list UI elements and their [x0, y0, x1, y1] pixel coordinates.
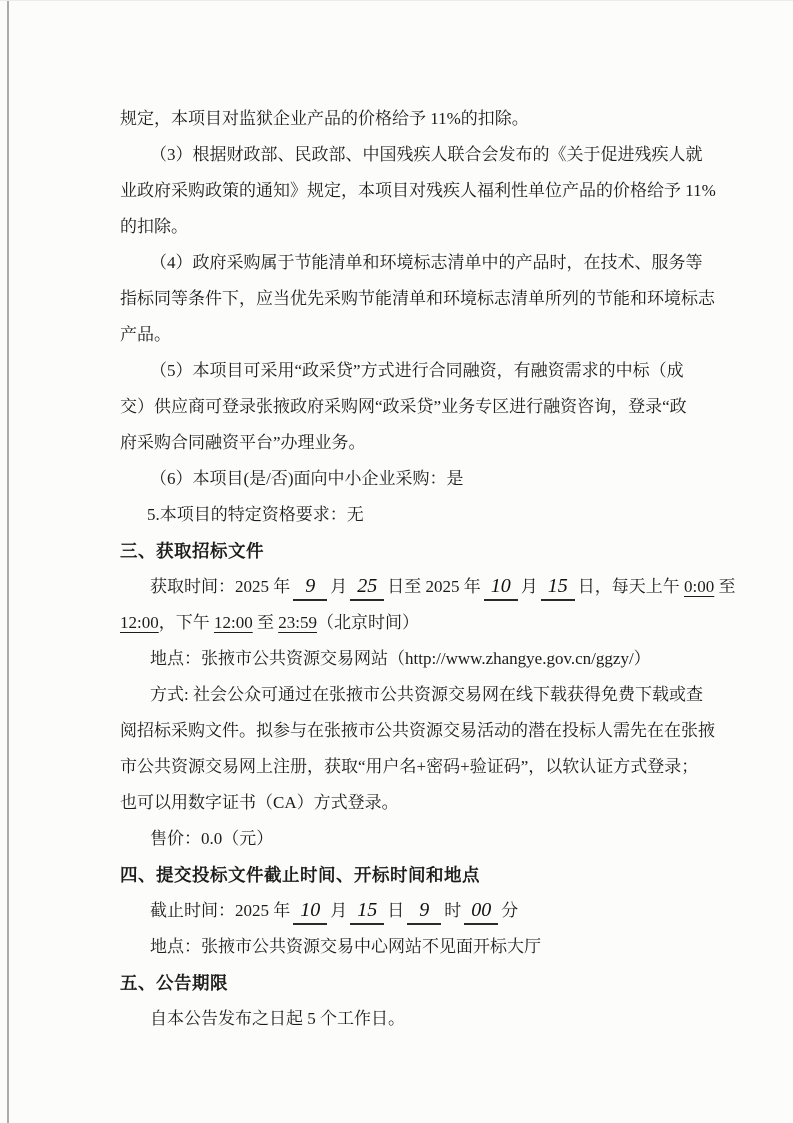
doc-line: 产品。 [120, 317, 677, 353]
handwritten-month: 9 [293, 573, 327, 601]
line-text: 月 [521, 577, 538, 596]
doc-line: 市公共资源交易网上注册，获取“用户名+密码+验证码”，以软认证方式登录； [120, 749, 677, 785]
doc-line: 业政府采购政策的通知》规定，本项目对残疾人福利性单位产品的价格给予 11% [120, 173, 677, 209]
doc-line: 指标同等条件下，应当优先采购节能清单和环境标志清单所列的节能和环境标志 [120, 281, 677, 317]
section-heading-deadline-opening: 四、提交投标文件截止时间、开标时间和地点 [120, 857, 677, 893]
underlined-time: 12:00 [214, 613, 253, 632]
doc-line-acquire-time: 获取时间：2025 年9月25日至 2025 年10月15日，每天上午 0:00… [120, 569, 677, 605]
handwritten-minute: 00 [464, 897, 498, 925]
handwritten-day: 15 [541, 573, 575, 601]
doc-line-opening-location: 地点：张掖市公共资源交易中心网站不见面开标大厅 [120, 929, 677, 965]
line-text: 至 [714, 577, 735, 596]
handwritten-month: 10 [484, 573, 518, 601]
line-text: 日至 2025 年 [387, 577, 481, 596]
line-text: （北京时间） [317, 613, 419, 632]
line-text: 获取时间：2025 年 [150, 577, 290, 596]
line-text: 月 [330, 901, 347, 920]
handwritten-day: 25 [350, 573, 384, 601]
scanned-document-page: 规定，本项目对监狱企业产品的价格给予 11%的扣除。 （3）根据财政部、民政部、… [0, 0, 793, 1123]
doc-line: 方式: 社会公众可通过在张掖市公共资源交易网在线下载获得免费下载或查 [120, 677, 677, 713]
underlined-time: 12:00 [120, 613, 159, 632]
document-body: 规定，本项目对监狱企业产品的价格给予 11%的扣除。 （3）根据财政部、民政部、… [120, 101, 677, 1037]
line-text: 月 [330, 577, 347, 596]
scan-edge-line [7, 1, 9, 1123]
doc-line: 交）供应商可登录张掖政府采购网“政采贷”业务专区进行融资咨询，登录“政 [120, 389, 677, 425]
doc-line: （3）根据财政部、民政部、中国残疾人联合会发布的《关于促进残疾人就 [120, 137, 677, 173]
section-heading-announcement-period: 五、公告期限 [120, 965, 677, 1001]
doc-line: 也可以用数字证书（CA）方式登录。 [120, 785, 677, 821]
line-text: 截止时间：2025 年 [150, 901, 290, 920]
doc-line-price: 售价：0.0（元） [120, 821, 677, 857]
doc-line-announcement-period: 自本公告发布之日起 5 个工作日。 [120, 1001, 677, 1037]
line-text: 时 [444, 901, 461, 920]
underlined-time: 0:00 [684, 577, 714, 596]
doc-line: （4）政府采购属于节能清单和环境标志清单中的产品时，在技术、服务等 [120, 245, 677, 281]
doc-line-location-url: 地点：张掖市公共资源交易网站（http://www.zhangye.gov.cn… [120, 641, 677, 677]
doc-line: 府采购合同融资平台”办理业务。 [120, 425, 677, 461]
doc-line-deadline: 截止时间：2025 年10月15日9时00分 [120, 893, 677, 929]
doc-line-acquire-time-cont: 12:00，下午 12:00 至 23:59（北京时间） [120, 605, 677, 641]
doc-line-smb-procurement: （6）本项目(是/否)面向中小企业采购：是 [120, 461, 677, 497]
line-text: 日 [387, 901, 404, 920]
line-text: ，下午 [159, 613, 214, 632]
section-heading-obtain-documents: 三、获取招标文件 [120, 533, 677, 569]
line-text: 分 [501, 901, 518, 920]
doc-line-qualification: 5.本项目的特定资格要求：无 [120, 497, 677, 533]
doc-line: （5）本项目可采用“政采贷”方式进行合同融资，有融资需求的中标（成 [120, 353, 677, 389]
doc-line: 阅招标采购文件。拟参与在张掖市公共资源交易活动的潜在投标人需先在在张掖 [120, 713, 677, 749]
doc-line: 的扣除。 [120, 209, 677, 245]
line-text: 至 [253, 613, 279, 632]
handwritten-day: 15 [350, 897, 384, 925]
underlined-time: 23:59 [278, 613, 317, 632]
doc-line: 规定，本项目对监狱企业产品的价格给予 11%的扣除。 [120, 101, 677, 137]
line-text: 日，每天上午 [578, 577, 684, 596]
handwritten-hour: 9 [407, 897, 441, 925]
handwritten-month: 10 [293, 897, 327, 925]
